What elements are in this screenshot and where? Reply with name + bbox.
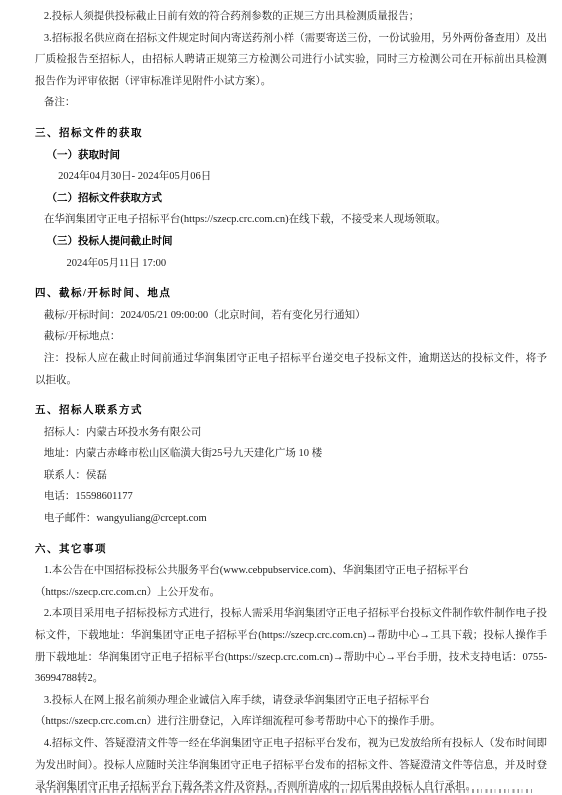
section-3-3-subheading: （三）投标人提问截止时间 (35, 231, 547, 253)
tender-announcement-page: 2.投标人须提供投标截止日前有效的符合药剂参数的正规三方出具检测质量报告；3.招… (0, 0, 562, 795)
contact-email: 电子邮件：wangyuliang@crcept.com (35, 508, 547, 530)
other-item-4: 4.招标文件、答疑澄清文件等一经在华润集团守正电子招标平台发布，视为已发放给所有… (35, 733, 547, 795)
contact-phone: 电话：15598601177 (35, 486, 547, 508)
other-item-2: 2.本项目采用电子招标投标方式进行，投标人需采用华润集团守正电子招标平台投标文件… (35, 603, 547, 689)
other-item-1-line-2: （https://szecp.crc.com.cn）上公开发布。 (35, 587, 220, 598)
section-4-heading: 四、截标/开标时间、地点 (35, 283, 547, 305)
section-6-heading: 六、其它事项 (35, 539, 547, 561)
other-item-1-line-1: 1.本公告在中国招标投标公共服务平台(www.cebpubservice.com… (44, 565, 469, 576)
clipped-bottom-text-line (40, 789, 532, 793)
question-deadline: 2024年05月11日 17:00 (35, 253, 547, 275)
contact-tenderee: 招标人：内蒙古环投水务有限公司 (35, 422, 547, 444)
para-remark-label: 备注： (35, 92, 547, 114)
para-obtain-method: 在华润集团守正电子招标平台(https://szecp.crc.com.cn)在… (35, 209, 547, 231)
document-obtain-period: 2024年04月30日- 2024年05月06日 (35, 166, 547, 188)
other-item-3-line-1: 3.投标人在网上报名前须办理企业诚信入库手续，请登录华润集团守正电子招标平台 (44, 695, 430, 706)
section-3-heading: 三、招标文件的获取 (35, 123, 547, 145)
other-item-1: 1.本公告在中国招标投标公共服务平台(www.cebpubservice.com… (35, 560, 547, 603)
contact-address: 地址：内蒙古赤峰市松山区临潢大街25号九天建化广场 10 楼 (35, 443, 547, 465)
document-body: 2.投标人须提供投标截止日前有效的符合药剂参数的正规三方出具检测质量报告；3.招… (35, 6, 547, 795)
section-3-1-subheading: （一）获取时间 (35, 145, 547, 167)
para-submission-note: 注：投标人应在截止时间前通过华润集团守正电子招标平台递交电子投标文件，逾期送达的… (35, 348, 547, 391)
section-3-2-subheading: （二）招标文件获取方式 (35, 188, 547, 210)
para-quality-report-requirement: 2.投标人须提供投标截止日前有效的符合药剂参数的正规三方出具检测质量报告； (35, 6, 547, 28)
other-item-3: 3.投标人在网上报名前须办理企业诚信入库手续，请登录华润集团守正电子招标平台（h… (35, 690, 547, 733)
bid-opening-time: 截标/开标时间：2024/05/21 09:00:00（北京时间，若有变化另行通… (35, 305, 547, 327)
bid-opening-place: 截标/开标地点： (35, 326, 547, 348)
other-item-3-line-2: （https://szecp.crc.com.cn）进行注册登记，入库详细流程可… (35, 716, 441, 727)
section-5-heading: 五、招标人联系方式 (35, 400, 547, 422)
contact-person: 联系人：侯磊 (35, 465, 547, 487)
para-sample-delivery-requirement: 3.招标报名供应商在招标文件规定时间内寄送药剂小样（需要寄送三份，一份试验用，另… (35, 28, 547, 93)
